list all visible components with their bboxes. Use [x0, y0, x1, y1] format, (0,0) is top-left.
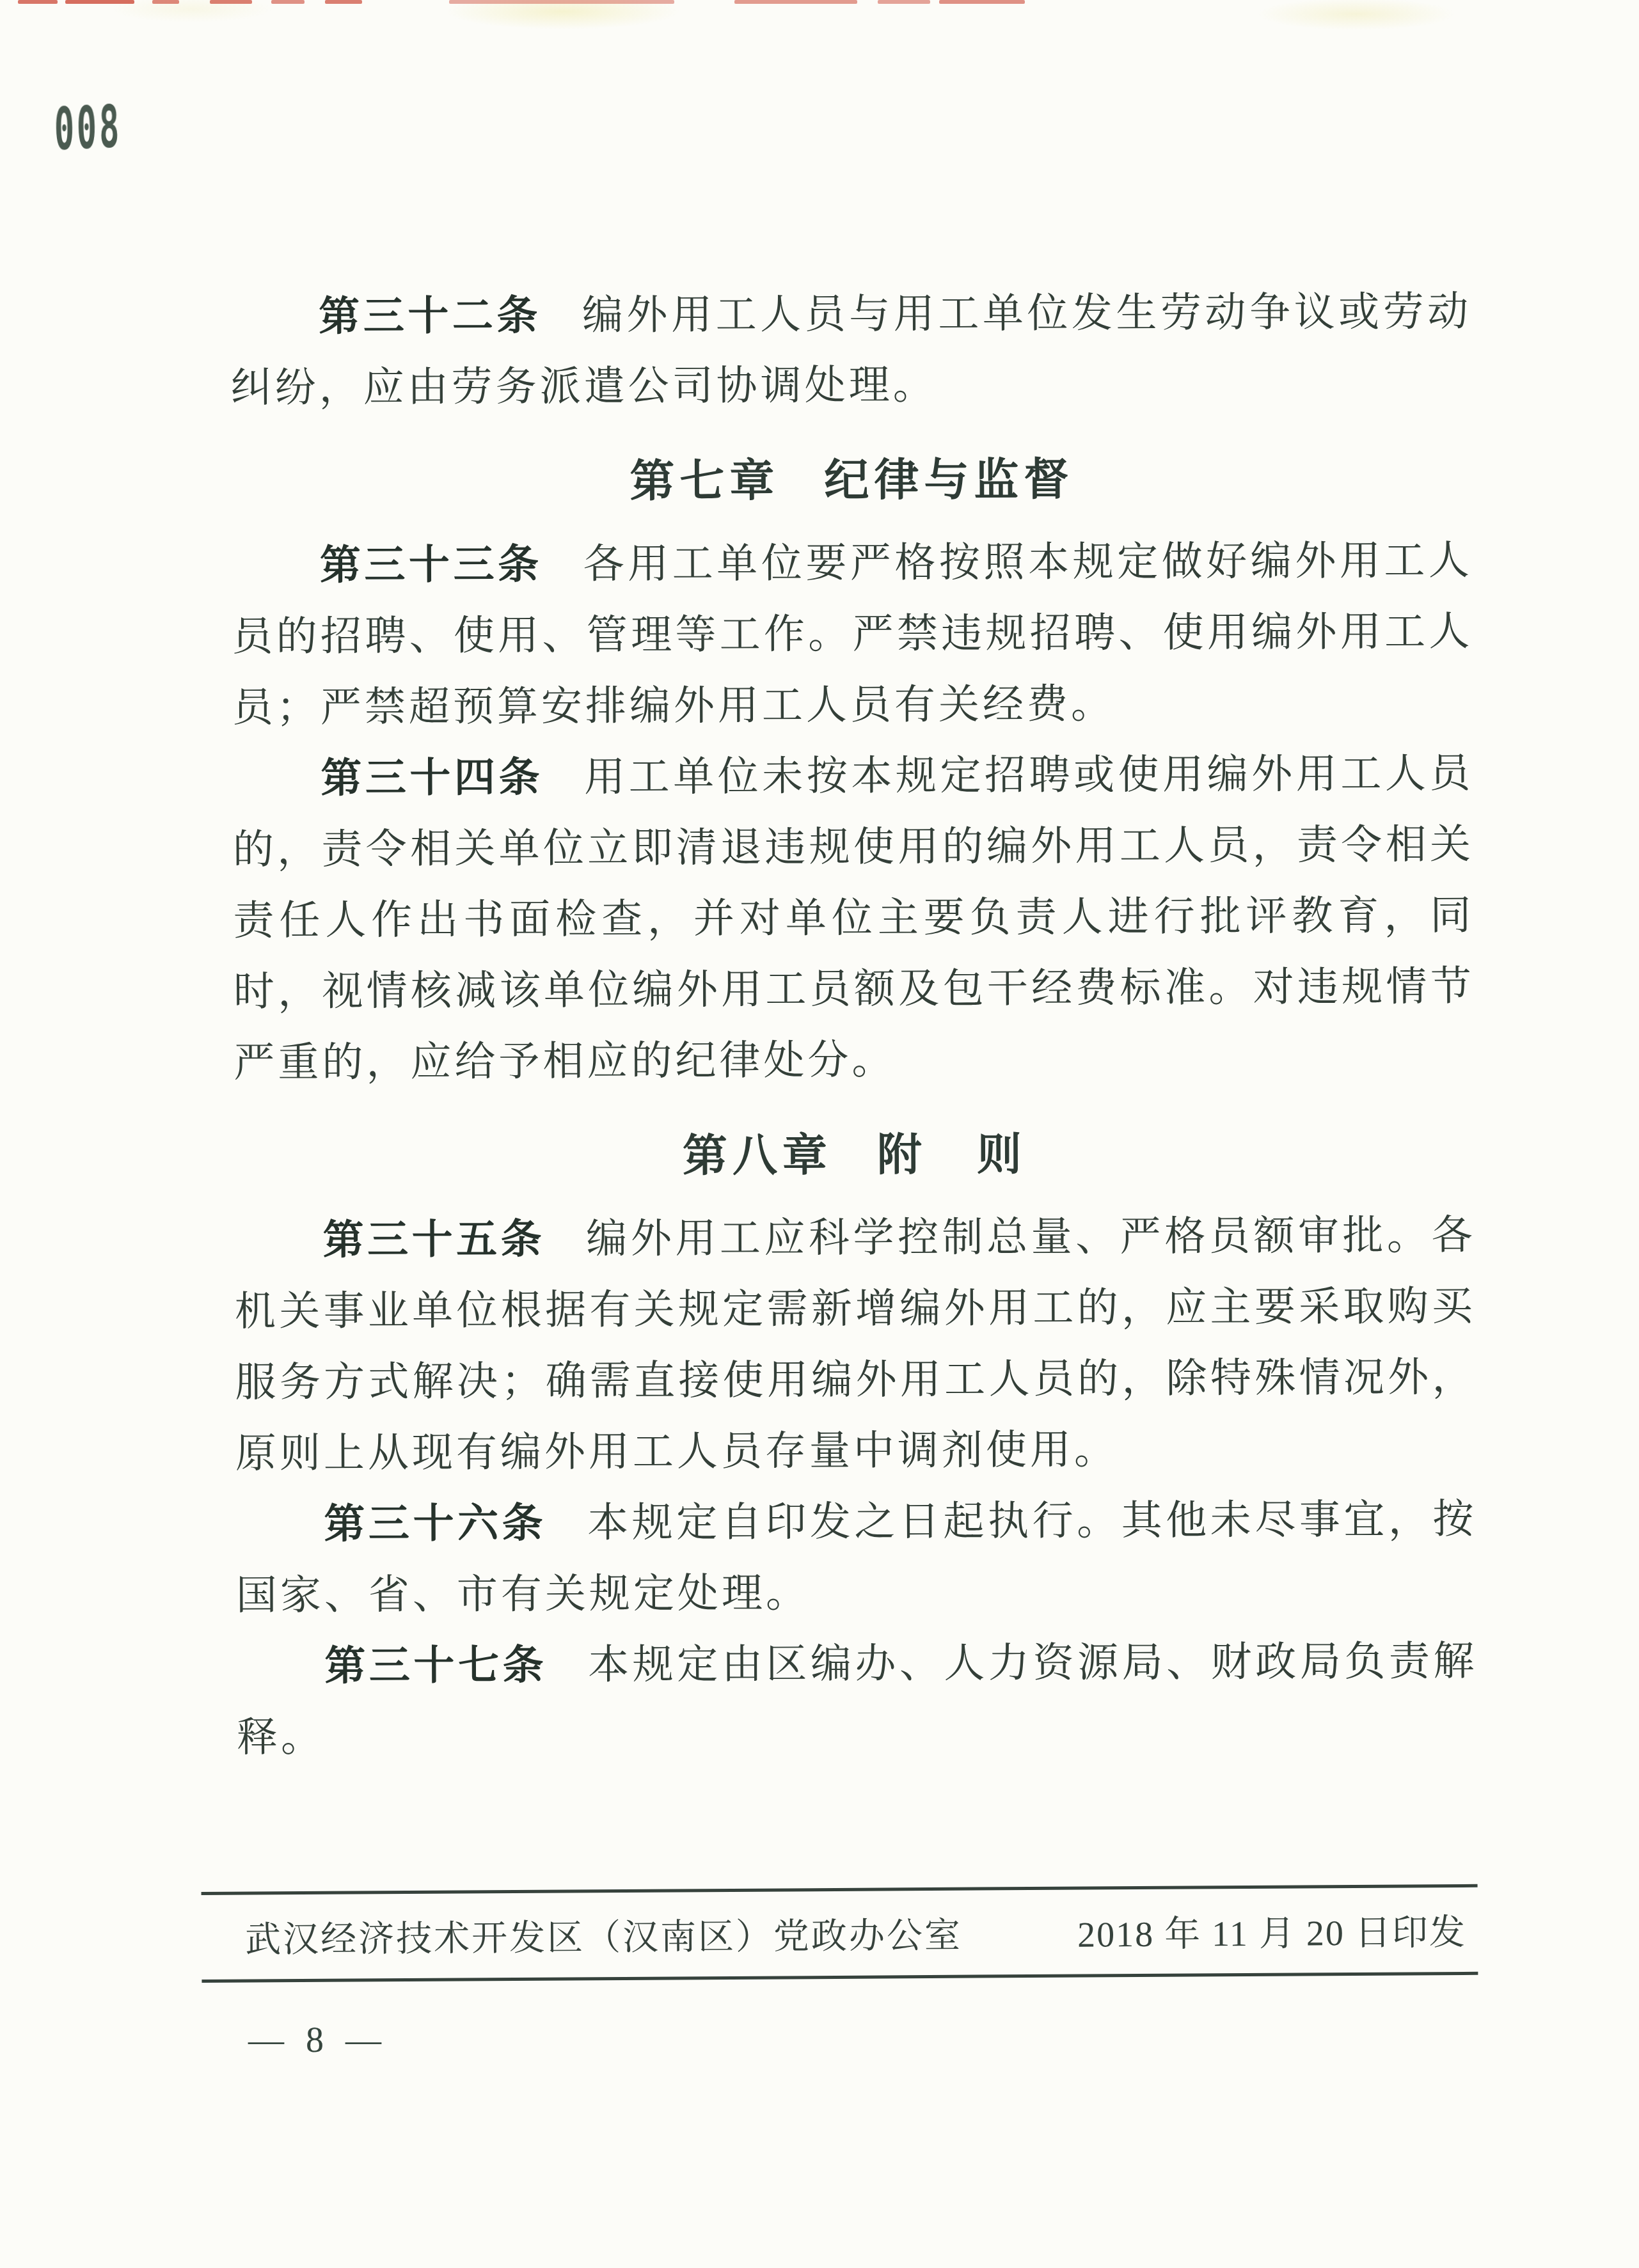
- article-32-paragraph: 第三十二条编外用工人员与用工单位发生劳动争议或劳动纠纷，应由劳务派遣公司协调处理…: [230, 276, 1472, 423]
- chapter-7-heading: 第七章 纪律与监督: [231, 443, 1472, 519]
- chapter-8-label: 第八章: [683, 1120, 832, 1192]
- article-34-text: 用工单位未按本规定招聘或使用编外用工人员的，责令相关单位立即清退违规使用的编外用…: [233, 751, 1475, 1085]
- chapter-8-title: 附 则: [877, 1119, 1027, 1191]
- article-33-paragraph: 第三十三条各用工单位要严格按照本规定做好编外用工人员的招聘、使用、管理等工作。严…: [232, 525, 1473, 743]
- stamp-digits: 008: [54, 93, 122, 164]
- article-33-number: 第三十三条: [320, 542, 542, 588]
- chapter-7-label: 第七章: [629, 445, 779, 517]
- chapter-8-heading: 第八章 附 则: [234, 1117, 1475, 1193]
- article-37-number: 第三十七条: [324, 1642, 547, 1689]
- scanned-document-page: 008 第三十二条编外用工人员与用工单位发生劳动争议或劳动纠纷，应由劳务派遣公司…: [0, 0, 1639, 2268]
- article-36-number: 第三十六条: [324, 1500, 546, 1547]
- issuing-office: 武汉经济技术开发区（汉南区）党政办公室: [245, 1907, 962, 1963]
- article-36-paragraph: 第三十六条本规定自印发之日起执行。其他未尽事宜，按国家、省、市有关规定处理。: [235, 1484, 1477, 1631]
- article-35-paragraph: 第三十五条编外用工应科学控制总量、严格员额审批。各机关事业单位根据有关规定需新增…: [234, 1200, 1477, 1489]
- article-32-number: 第三十二条: [319, 293, 541, 340]
- copy-edge-red-dashes-artifact: [0, 0, 1639, 6]
- scan-tint-artifact: [0, 0, 1639, 77]
- print-date: 2018 年 11 月 20 日印发: [1077, 1904, 1466, 1958]
- chapter-7-title: 纪律与监督: [824, 444, 1073, 516]
- article-34-paragraph: 第三十四条用工单位未按本规定招聘或使用编外用工人员的，责令相关单位立即清退违规使…: [232, 738, 1475, 1098]
- article-34-number: 第三十四条: [321, 755, 543, 801]
- page-number: — 8 —: [248, 2020, 388, 2061]
- article-35-number: 第三十五条: [322, 1217, 545, 1263]
- page-number-stamp: 008: [54, 93, 122, 164]
- colophon-footer: 武汉经济技术开发区（汉南区）党政办公室 2018 年 11 月 20 日印发: [202, 1884, 1478, 1983]
- article-37-paragraph: 第三十七条本规定由区编办、人力资源局、财政局负责解释。: [236, 1626, 1478, 1773]
- document-body: 第三十二条编外用工人员与用工单位发生劳动争议或劳动纠纷，应由劳务派遣公司协调处理…: [230, 276, 1478, 1773]
